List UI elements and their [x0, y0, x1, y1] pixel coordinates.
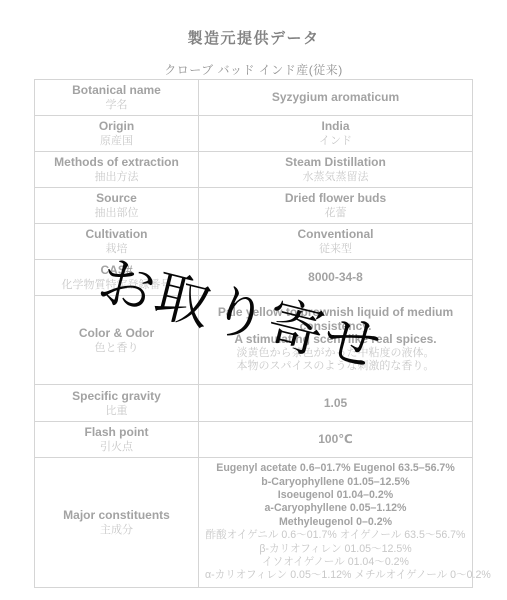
table-row-cas-number: CAS# 化学物質特定登録番号 8000-34-8 — [35, 260, 473, 296]
page-title: 製造元提供データ — [0, 27, 507, 48]
table-row-flash-point: Flash point 引火点 100℃ — [35, 422, 473, 458]
table-row-botanical-name: Botanical name 学名 Syzygium aromaticum — [35, 80, 473, 116]
row-label-en: Color & Odor — [41, 326, 192, 341]
row-label-en: Major constituents — [41, 508, 192, 523]
row-label-ja: 抽出方法 — [41, 170, 192, 184]
row-label: Color & Odor 色と香り — [35, 296, 199, 385]
row-label: Botanical name 学名 — [35, 80, 199, 116]
row-label: Source 抽出部位 — [35, 188, 199, 224]
constituent-line-en: b-Caryophyllene 01.05–12.5% — [205, 476, 466, 489]
row-label-ja: 引火点 — [41, 440, 192, 454]
row-value-ja-line: 淡黄色から茶色がかった中粘度の液体。 — [205, 347, 466, 361]
row-label-ja: 原産国 — [41, 134, 192, 148]
product-data-table: Botanical name 学名 Syzygium aromaticum Or… — [34, 79, 473, 588]
row-label-ja: 化学物質特定登録番号 — [41, 278, 192, 292]
row-value: Eugenyl acetate 0.6–01.7% Eugenol 63.5–5… — [199, 458, 473, 588]
table-row-major-constituents: Major constituents 主成分 Eugenyl acetate 0… — [35, 458, 473, 588]
constituent-line-ja: イソオイゲノール 01.04〜0.2% — [205, 556, 466, 569]
row-label: Specific gravity 比重 — [35, 385, 199, 422]
row-value: Dried flower buds 花蕾 — [199, 188, 473, 224]
row-value: Steam Distillation 水蒸気蒸留法 — [199, 152, 473, 188]
constituent-line-en: Eugenyl acetate 0.6–01.7% Eugenol 63.5–5… — [205, 462, 466, 475]
row-label-ja: 比重 — [41, 404, 192, 418]
constituent-line-ja: α-カリオフィレン 0.05〜1.12% メチルオイゲノール 0〜0.2% — [205, 569, 466, 582]
constituent-line-ja: β-カリオフィレン 01.05〜12.5% — [205, 543, 466, 556]
row-value-en: India — [205, 119, 466, 134]
row-value-en: Steam Distillation — [205, 155, 466, 170]
row-value-ja: 水蒸気蒸留法 — [205, 170, 466, 184]
constituent-line-en: Isoeugenol 01.04–0.2% — [205, 489, 466, 502]
row-value-en: Syzygium aromaticum — [205, 90, 466, 105]
row-label: Origin 原産国 — [35, 116, 199, 152]
row-value-ja: 花蕾 — [205, 206, 466, 220]
row-label-en: CAS# — [41, 263, 192, 278]
page-subtitle: クローブ バッド インド産(従来) — [0, 61, 507, 78]
row-label-ja: 学名 — [41, 98, 192, 112]
constituent-line-en: a-Caryophyllene 0.05–1.12% — [205, 502, 466, 515]
row-value-en: 8000-34-8 — [205, 270, 466, 285]
row-value-en: 100℃ — [205, 432, 466, 447]
row-value: Syzygium aromaticum — [199, 80, 473, 116]
row-label: Cultivation 栽培 — [35, 224, 199, 260]
row-value-en: Conventional — [205, 227, 466, 242]
row-label: Flash point 引火点 — [35, 422, 199, 458]
row-value-ja: 従来型 — [205, 242, 466, 256]
row-label-ja: 栽培 — [41, 242, 192, 256]
row-label-en: Flash point — [41, 425, 192, 440]
row-value-ja: インド — [205, 134, 466, 148]
table-row-source: Source 抽出部位 Dried flower buds 花蕾 — [35, 188, 473, 224]
row-value: Conventional 従来型 — [199, 224, 473, 260]
row-label-ja: 主成分 — [41, 523, 192, 537]
table-row-origin: Origin 原産国 India インド — [35, 116, 473, 152]
table-row-color-odor: Color & Odor 色と香り Pale yellow to brownis… — [35, 296, 473, 385]
row-value-en-line: A stimulating scent like real spices. — [205, 333, 466, 347]
row-label-ja: 抽出部位 — [41, 206, 192, 220]
row-label-en: Methods of extraction — [41, 155, 192, 170]
row-label-en: Source — [41, 191, 192, 206]
table-row-cultivation: Cultivation 栽培 Conventional 従来型 — [35, 224, 473, 260]
row-value: 8000-34-8 — [199, 260, 473, 296]
table-row-extraction: Methods of extraction 抽出方法 Steam Distill… — [35, 152, 473, 188]
row-value-en: 1.05 — [205, 396, 466, 411]
table-row-specific-gravity: Specific gravity 比重 1.05 — [35, 385, 473, 422]
row-label-en: Botanical name — [41, 83, 192, 98]
row-label: Methods of extraction 抽出方法 — [35, 152, 199, 188]
row-label: CAS# 化学物質特定登録番号 — [35, 260, 199, 296]
row-label-en: Specific gravity — [41, 389, 192, 404]
row-label-ja: 色と香り — [41, 341, 192, 355]
row-value-en-line: Pale yellow to brownish liquid of medium… — [205, 306, 466, 333]
row-label-en: Cultivation — [41, 227, 192, 242]
row-label: Major constituents 主成分 — [35, 458, 199, 588]
row-value-ja-line: 本物のスパイスのような刺激的な香り。 — [205, 360, 466, 374]
row-value: 1.05 — [199, 385, 473, 422]
constituent-line-ja: 酢酸オイゲニル 0.6〜01.7% オイゲノール 63.5〜56.7% — [205, 529, 466, 542]
row-value: Pale yellow to brownish liquid of medium… — [199, 296, 473, 385]
constituent-line-en: Methyleugenol 0–0.2% — [205, 516, 466, 529]
row-value-en: Dried flower buds — [205, 191, 466, 206]
row-label-en: Origin — [41, 119, 192, 134]
row-value: India インド — [199, 116, 473, 152]
row-value: 100℃ — [199, 422, 473, 458]
